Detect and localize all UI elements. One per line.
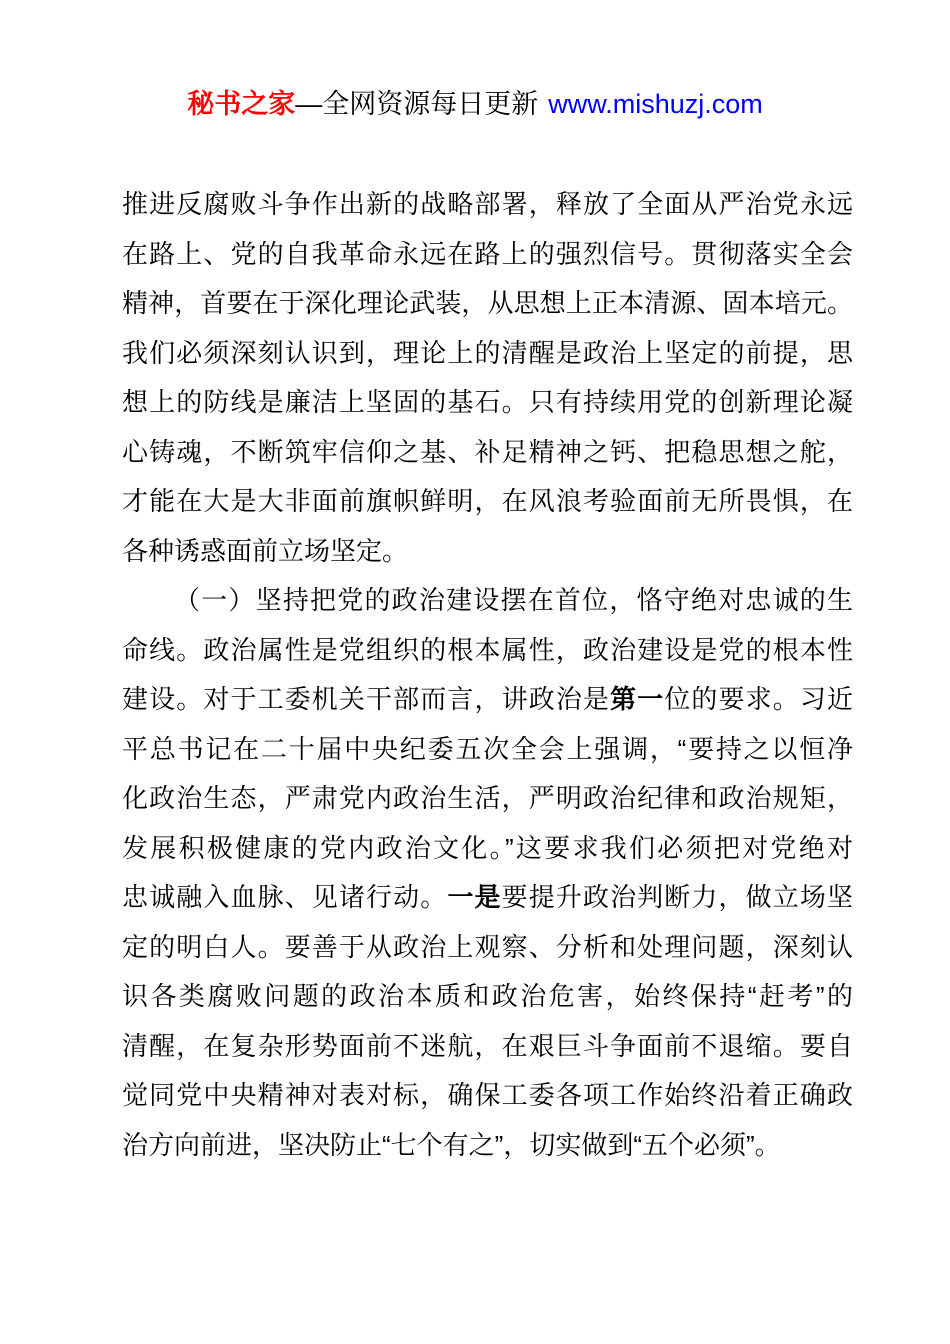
text-segment: 精神，首要在于深化理论武装，从思想上正本清源、固本培元。 — [122, 288, 853, 318]
text-line: 发展积极健康的党内政治文化。”这要求我们必须把对党绝对 — [122, 824, 853, 874]
text-segment: 各种诱惑面前立场坚定。 — [122, 536, 408, 566]
text-line: 清醒，在复杂形势面前不迷航，在艰巨斗争面前不退缩。要自 — [122, 1022, 853, 1072]
text-line: 命线。政治属性是党组织的根本属性，政治建设是党的根本性 — [122, 626, 853, 676]
text-segment: 想上的防线是廉洁上坚固的基石。只有持续用党的创新理论凝 — [122, 387, 853, 417]
bold-text-segment: 一是 — [447, 882, 501, 912]
site-brand: 秘书之家 — [187, 89, 295, 119]
text-line: （一）坚持把党的政治建设摆在首位，恪守绝对忠诚的生 — [122, 576, 853, 626]
text-segment: 化政治生态，严肃党内政治生活，严明政治纪律和政治规矩， — [122, 783, 853, 813]
text-line: 觉同党中央精神对表对标，确保工委各项工作始终沿着正确政 — [122, 1071, 853, 1121]
text-line: 想上的防线是廉洁上坚固的基石。只有持续用党的创新理论凝 — [122, 378, 853, 428]
text-segment: 治方向前进，坚决防止“七个有之”，切实做到“五个必须”。 — [122, 1130, 781, 1160]
text-segment: 命线。政治属性是党组织的根本属性，政治建设是党的根本性 — [122, 635, 853, 665]
text-line: 治方向前进，坚决防止“七个有之”，切实做到“五个必须”。 — [122, 1121, 853, 1171]
text-line: 在路上、党的自我革命永远在路上的强烈信号。贯彻落实全会 — [122, 230, 853, 280]
document-body: 推进反腐败斗争作出新的战略部署，释放了全面从严治党永远在路上、党的自我革命永远在… — [122, 180, 853, 1170]
text-segment: 建设。对于工委机关干部而言，讲政治是 — [122, 684, 610, 714]
text-segment: 定的明白人。要善于从政治上观察、分析和处理问题，深刻认 — [122, 932, 853, 962]
text-segment: （一）坚持把党的政治建设摆在首位，恪守绝对忠诚的生 — [174, 585, 853, 615]
bold-text-segment: 第一 — [610, 684, 664, 714]
text-line: 精神，首要在于深化理论武装，从思想上正本清源、固本培元。 — [122, 279, 853, 329]
text-segment: 我们必须深刻认识到，理论上的清醒是政治上坚定的前提，思 — [122, 338, 853, 368]
text-segment: 才能在大是大非面前旗帜鲜明，在风浪考验面前无所畏惧，在 — [122, 486, 853, 516]
site-url-link[interactable]: www.mishuzj.com — [548, 89, 763, 119]
text-line: 心铸魂，不断筑牢信仰之基、补足精神之钙、把稳思想之舵， — [122, 428, 853, 478]
text-line: 建设。对于工委机关干部而言，讲政治是第一位的要求。习近 — [122, 675, 853, 725]
text-segment: 识各类腐败问题的政治本质和政治危害，始终保持“赶考”的 — [122, 981, 853, 1011]
text-segment: 平总书记在二十届中央纪委五次全会上强调，“要持之以恒净 — [122, 734, 853, 764]
text-line: 化政治生态，严肃党内政治生活，严明政治纪律和政治规矩， — [122, 774, 853, 824]
text-segment: 忠诚融入血脉、见诸行动。 — [122, 882, 447, 912]
text-line: 定的明白人。要善于从政治上观察、分析和处理问题，深刻认 — [122, 923, 853, 973]
text-segment: 心铸魂，不断筑牢信仰之基、补足精神之钙、把稳思想之舵， — [122, 437, 853, 467]
text-segment: 推进反腐败斗争作出新的战略部署，释放了全面从严治党永远 — [122, 189, 853, 219]
text-line: 忠诚融入血脉、见诸行动。一是要提升政治判断力，做立场坚 — [122, 873, 853, 923]
text-segment: 发展积极健康的党内政治文化。”这要求我们必须把对党绝对 — [122, 833, 853, 863]
text-line: 各种诱惑面前立场坚定。 — [122, 527, 853, 577]
text-line: 识各类腐败问题的政治本质和政治危害，始终保持“赶考”的 — [122, 972, 853, 1022]
text-line: 我们必须深刻认识到，理论上的清醒是政治上坚定的前提，思 — [122, 329, 853, 379]
paragraph: （一）坚持把党的政治建设摆在首位，恪守绝对忠诚的生命线。政治属性是党组织的根本属… — [122, 576, 853, 1170]
text-segment: 觉同党中央精神对表对标，确保工委各项工作始终沿着正确政 — [122, 1080, 853, 1110]
text-segment: 要提升政治判断力，做立场坚 — [502, 882, 853, 912]
document-page: 秘书之家—全网资源每日更新www.mishuzj.com 推进反腐败斗争作出新的… — [0, 0, 950, 1344]
site-tagline: —全网资源每日更新 — [295, 89, 538, 119]
text-line: 才能在大是大非面前旗帜鲜明，在风浪考验面前无所畏惧，在 — [122, 477, 853, 527]
paragraph: 推进反腐败斗争作出新的战略部署，释放了全面从严治党永远在路上、党的自我革命永远在… — [122, 180, 853, 576]
page-header: 秘书之家—全网资源每日更新www.mishuzj.com — [0, 0, 950, 122]
text-segment: 清醒，在复杂形势面前不迷航，在艰巨斗争面前不退缩。要自 — [122, 1031, 853, 1061]
text-line: 推进反腐败斗争作出新的战略部署，释放了全面从严治党永远 — [122, 180, 853, 230]
text-segment: 在路上、党的自我革命永远在路上的强烈信号。贯彻落实全会 — [122, 239, 853, 269]
text-segment: 位的要求。习近 — [664, 684, 853, 714]
text-line: 平总书记在二十届中央纪委五次全会上强调，“要持之以恒净 — [122, 725, 853, 775]
